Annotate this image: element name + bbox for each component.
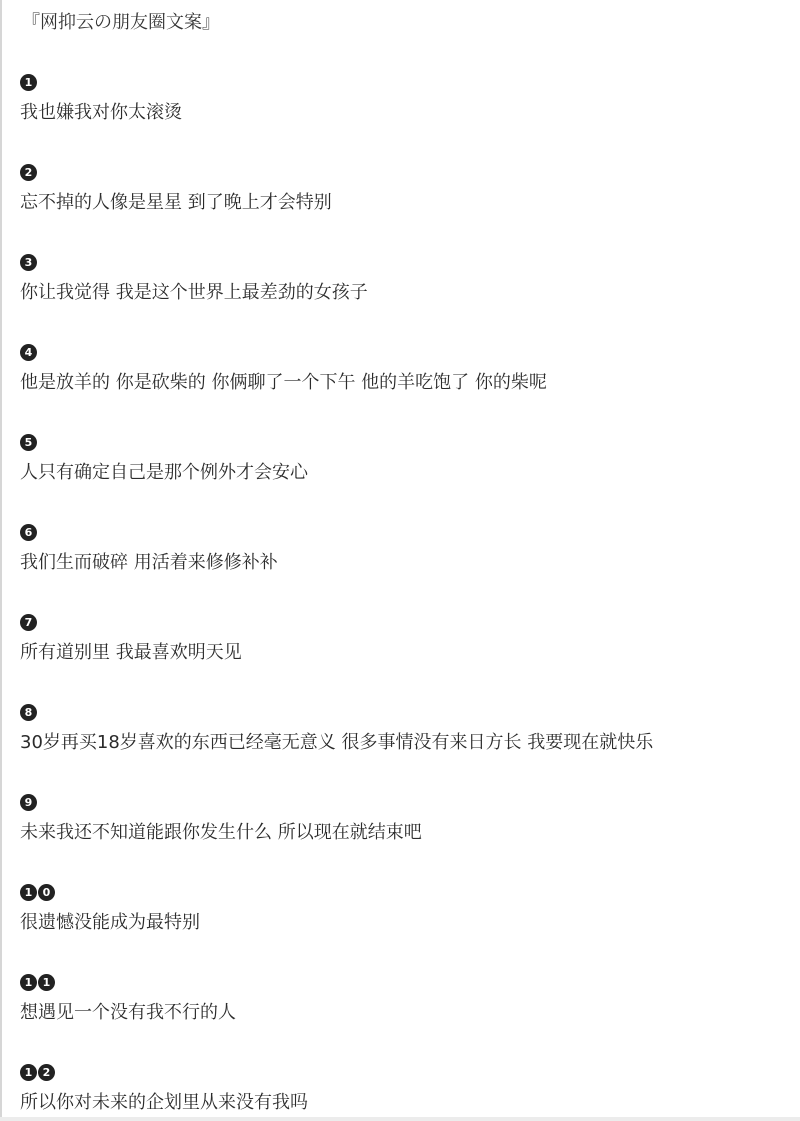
number-badge-group: 1 0 [20,882,790,902]
entry-10: 1 0 很遗憾没能成为最特别 [20,882,790,935]
entry-4: 4 他是放羊的 你是砍柴的 你俩聊了一个下午 他的羊吃饱了 你的柴呢 [20,342,790,395]
document-title: 『网抑云の朋友圈文案』 [22,10,220,36]
number-badge-group: 9 [20,792,790,812]
entry-12: 1 2 所以你对未来的企划里从来没有我吗 [20,1062,790,1115]
number-badge-group: 6 [20,522,790,542]
number-badge-icon: 1 [20,884,37,901]
number-badge-icon: 0 [38,884,55,901]
number-badge-icon: 8 [20,704,37,721]
number-badge-group: 1 1 [20,972,790,992]
entry-text: 想遇见一个没有我不行的人 [20,1001,790,1025]
number-badge-group: 1 [20,72,790,92]
entry-text: 所有道别里 我最喜欢明天见 [20,641,790,665]
number-badge-icon: 1 [20,1064,37,1081]
number-badge-icon: 1 [20,974,37,991]
number-badge-group: 3 [20,252,790,272]
number-badge-icon: 7 [20,614,37,631]
number-badge-icon: 5 [20,434,37,451]
entry-7: 7 所有道别里 我最喜欢明天见 [20,612,790,665]
number-badge-icon: 2 [20,164,37,181]
entry-text: 30岁再买18岁喜欢的东西已经毫无意义 很多事情没有来日方长 我要现在就快乐 [20,731,790,755]
entry-8: 8 30岁再买18岁喜欢的东西已经毫无意义 很多事情没有来日方长 我要现在就快乐 [20,702,790,755]
entry-6: 6 我们生而破碎 用活着来修修补补 [20,522,790,575]
entry-2: 2 忘不掉的人像是星星 到了晚上才会特别 [20,162,790,215]
number-badge-group: 8 [20,702,790,722]
entry-5: 5 人只有确定自己是那个例外才会安心 [20,432,790,485]
bottom-edge [0,1117,800,1121]
entry-text: 忘不掉的人像是星星 到了晚上才会特别 [20,191,790,215]
number-badge-icon: 2 [38,1064,55,1081]
entry-text: 人只有确定自己是那个例外才会安心 [20,461,790,485]
entry-text: 所以你对未来的企划里从来没有我吗 [20,1091,790,1115]
number-badge-icon: 1 [20,74,37,91]
entry-text: 我们生而破碎 用活着来修修补补 [20,551,790,575]
number-badge-group: 2 [20,162,790,182]
number-badge-icon: 4 [20,344,37,361]
number-badge-group: 7 [20,612,790,632]
entry-text: 你让我觉得 我是这个世界上最差劲的女孩子 [20,281,790,305]
entry-text: 很遗憾没能成为最特别 [20,911,790,935]
number-badge-icon: 9 [20,794,37,811]
entry-9: 9 未来我还不知道能跟你发生什么 所以现在就结束吧 [20,792,790,845]
entry-1: 1 我也嫌我对你太滚烫 [20,72,790,125]
entry-text: 未来我还不知道能跟你发生什么 所以现在就结束吧 [20,821,790,845]
number-badge-group: 5 [20,432,790,452]
entry-text: 我也嫌我对你太滚烫 [20,101,790,125]
entry-11: 1 1 想遇见一个没有我不行的人 [20,972,790,1025]
number-badge-icon: 1 [38,974,55,991]
number-badge-group: 4 [20,342,790,362]
number-badge-group: 1 2 [20,1062,790,1082]
entry-text: 他是放羊的 你是砍柴的 你俩聊了一个下午 他的羊吃饱了 你的柴呢 [20,371,790,395]
entry-3: 3 你让我觉得 我是这个世界上最差劲的女孩子 [20,252,790,305]
number-badge-icon: 3 [20,254,37,271]
number-badge-icon: 6 [20,524,37,541]
left-border [0,0,2,1121]
